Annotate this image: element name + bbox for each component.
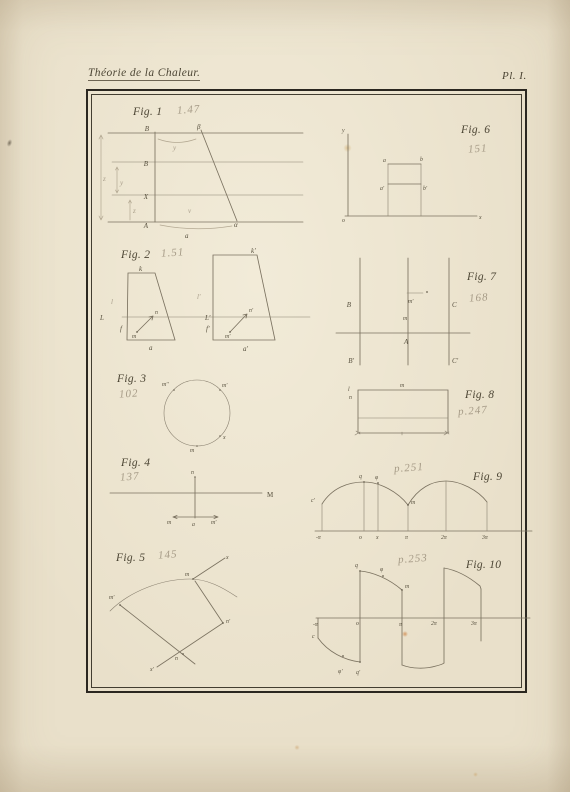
fig10-curve-below-left bbox=[318, 638, 360, 662]
fig5-drawing: x m m' n' n x' bbox=[100, 548, 250, 678]
fig9-ordinates bbox=[322, 481, 487, 531]
fig4-label-n: n bbox=[191, 470, 194, 476]
fig2-label-a-prime: a' bbox=[243, 345, 249, 353]
fig4-label-m: m bbox=[167, 520, 171, 526]
fig5-label-m: m bbox=[185, 572, 189, 578]
fig4-bottom-segment bbox=[173, 516, 218, 519]
fig5-line-m-nprime bbox=[195, 581, 223, 623]
fig2-label-m-prime: m' bbox=[225, 334, 231, 340]
fig6-label-o: o bbox=[342, 218, 345, 224]
fig4-drawing: M n m a m' bbox=[105, 455, 280, 535]
fig3-point-x bbox=[219, 435, 221, 437]
fig2-left-trapezoid bbox=[127, 273, 175, 340]
fig5-point-n-prime bbox=[222, 622, 224, 624]
fig10-label-c: c bbox=[312, 634, 315, 640]
fig1-label-B-top: B bbox=[145, 125, 150, 133]
fig10-label-q-prime: q' bbox=[356, 670, 361, 676]
fig8-drawing: m l n bbox=[340, 378, 510, 443]
fig2-label-L-prime: L' bbox=[204, 314, 211, 322]
fig9-tick-pi: π bbox=[405, 535, 409, 541]
fig6-rectangle-lines bbox=[388, 164, 421, 184]
fig4-label-a: a bbox=[192, 522, 195, 528]
fig5-point-m-prime bbox=[119, 604, 121, 606]
fig3-label-m-prime: m' bbox=[222, 383, 228, 389]
fig6-label-a: a bbox=[383, 158, 386, 164]
plate-number: Pl. I. bbox=[502, 70, 527, 82]
fig2-left-arrow bbox=[137, 316, 153, 332]
fig7-drawing: B C B' C' A m' m bbox=[330, 250, 475, 370]
fig1-pencil-marks: y z y z v bbox=[99, 135, 232, 229]
fig1-label-A: A bbox=[143, 222, 149, 230]
fig9-tick-o: o bbox=[359, 535, 362, 541]
fig7-label-B-prime: B' bbox=[348, 357, 354, 365]
fig10-point-q bbox=[359, 570, 361, 572]
fig9-hump-1 bbox=[322, 482, 408, 505]
fig6-ordinates bbox=[388, 164, 421, 216]
fig5-label-n: n bbox=[175, 656, 178, 662]
fig1-pencil-label-z: z bbox=[102, 175, 106, 183]
fig10-point-m bbox=[401, 589, 403, 591]
fig9-tick-x: x bbox=[375, 535, 379, 541]
fig1-pencil-label-z2: z bbox=[132, 207, 136, 215]
fig1-pencil-label-y2: y bbox=[119, 179, 124, 187]
fig2-label-m: m bbox=[132, 334, 136, 340]
fig9-tick-3pi: 3π bbox=[481, 535, 489, 541]
fig1-label-B-mid: B bbox=[144, 160, 149, 168]
scanned-plate-page: Théorie de la Chaleur. Pl. I. Fig. 1 1.4… bbox=[0, 0, 570, 792]
fig6-drawing: y x o a b a' b' bbox=[335, 120, 485, 225]
fig2-label-f-prime: f' bbox=[206, 325, 210, 333]
fig3-label-m: m bbox=[190, 448, 194, 454]
fig3-point-m-prime bbox=[219, 389, 221, 391]
fig9-drawing: c' q φ m -π o x π 2π 3π bbox=[310, 462, 535, 542]
fig5-point-m bbox=[192, 578, 194, 580]
fig10-point-phi-prime bbox=[342, 655, 344, 657]
fig1-label-alpha: α bbox=[234, 221, 238, 229]
fig2-label-a: a bbox=[149, 344, 153, 352]
fig10-tick-o: o bbox=[356, 621, 359, 627]
fig10-label-phi-prime: φ' bbox=[338, 669, 343, 675]
fig10-point-q-prime bbox=[359, 661, 361, 663]
fig9-label-c-prime: c' bbox=[311, 498, 316, 504]
fig2-label-n-prime: n' bbox=[249, 308, 254, 314]
fig5-point-n bbox=[182, 653, 184, 655]
fig4-label-M: M bbox=[267, 491, 274, 499]
fig5-label-n-prime: n' bbox=[226, 619, 231, 625]
fig8-label-l: l bbox=[348, 387, 350, 393]
fig6-label-b: b bbox=[420, 157, 423, 163]
fig2-label-k: k bbox=[139, 265, 143, 273]
fig5-label-x-prime: x' bbox=[149, 667, 155, 673]
fig9-point-q bbox=[363, 481, 365, 483]
fig2-label-L: L bbox=[99, 314, 104, 322]
fig9-label-phi: φ bbox=[375, 475, 379, 481]
fig9-label-m: m bbox=[411, 500, 415, 506]
fig1-label-X: X bbox=[143, 193, 149, 201]
fig1-pencil-label-v: v bbox=[188, 207, 192, 215]
fig10-point-phi bbox=[382, 575, 384, 577]
fig9-tick-neg-pi: -π bbox=[316, 535, 322, 541]
fig8-rectangle bbox=[358, 390, 448, 433]
fig10-curve-above-1 bbox=[360, 571, 402, 590]
fig2-drawing: k k' L L' f f' a a' n m n' m' l l' bbox=[95, 240, 315, 355]
fig2-label-k-prime: k' bbox=[251, 247, 256, 255]
fig10-tick-2pi: 2π bbox=[431, 621, 438, 627]
fig2-right-trapezoid bbox=[213, 255, 275, 340]
fig2-pencil-label-l-prime: l' bbox=[197, 293, 201, 301]
fig5-arc bbox=[110, 579, 237, 611]
fig10-curve-above-2 bbox=[444, 568, 481, 589]
fig2-label-n: n bbox=[155, 310, 158, 316]
paper-stain bbox=[473, 772, 478, 777]
fig5-line-mprime-n bbox=[120, 605, 195, 664]
fig5-label-m-prime: m' bbox=[109, 595, 115, 601]
margin-smudge bbox=[6, 138, 13, 147]
fig6-label-x: x bbox=[478, 215, 482, 221]
fig2-label-f: f bbox=[120, 325, 123, 333]
fig6-label-a-prime: a' bbox=[380, 186, 385, 192]
fig10-drawing: q φ m c φ' q' -π o π 2π 3π bbox=[310, 552, 535, 677]
fig7-label-A: A bbox=[403, 338, 409, 346]
fig1-label-beta: β bbox=[196, 123, 201, 131]
fig10-label-m: m bbox=[405, 584, 409, 590]
fig10-curve-below-2 bbox=[402, 663, 444, 668]
fig1-slant-line bbox=[201, 130, 237, 221]
fig4-label-m-prime: m' bbox=[211, 520, 217, 526]
fig3-label-x: x bbox=[222, 435, 226, 441]
fig7-label-m: m bbox=[403, 316, 407, 322]
fig9-point-m bbox=[407, 504, 409, 506]
fig9-label-q: q bbox=[359, 474, 362, 480]
fig7-label-m-prime: m' bbox=[408, 299, 414, 305]
fig5-tangent-line bbox=[193, 558, 225, 579]
fig9-tick-2pi: 2π bbox=[441, 535, 448, 541]
fig7-small-dot bbox=[426, 291, 428, 293]
paper-stain bbox=[294, 745, 300, 750]
fig5-label-x: x bbox=[225, 555, 229, 561]
fig7-label-C: C bbox=[452, 301, 457, 309]
fig2-pencil-label-l: l bbox=[111, 298, 113, 306]
fig10-tick-3pi: 3π bbox=[470, 621, 478, 627]
fig1-pencil-label-y: y bbox=[172, 144, 177, 152]
fig7-label-C-prime: C' bbox=[452, 357, 459, 365]
book-title: Théorie de la Chaleur. bbox=[88, 67, 200, 81]
fig3-label-m-dbl: m'' bbox=[162, 382, 169, 388]
fig4-point-n bbox=[194, 476, 196, 478]
fig6-label-b-prime: b' bbox=[423, 186, 428, 192]
fig10-label-q: q bbox=[355, 563, 358, 569]
fig8-label-n: n bbox=[349, 395, 352, 401]
fig3-point-m-dbl bbox=[173, 389, 175, 391]
fig8-label-m: m bbox=[400, 383, 404, 389]
fig9-hump-2 bbox=[408, 481, 487, 505]
fig3-drawing: m'' m' m x bbox=[110, 372, 260, 454]
fig9-point-phi bbox=[377, 482, 379, 484]
fig1-label-a: a bbox=[185, 232, 189, 240]
fig1-drawing: B β B X A α a y z y z v bbox=[95, 105, 310, 240]
fig7-label-B: B bbox=[347, 301, 352, 309]
fig6-label-y: y bbox=[341, 128, 345, 134]
fig2-left-arrow-dot bbox=[136, 331, 138, 333]
fig3-point-m bbox=[196, 445, 198, 447]
fig10-label-phi: φ bbox=[380, 567, 384, 573]
fig2-right-arrow-dot bbox=[229, 331, 231, 333]
